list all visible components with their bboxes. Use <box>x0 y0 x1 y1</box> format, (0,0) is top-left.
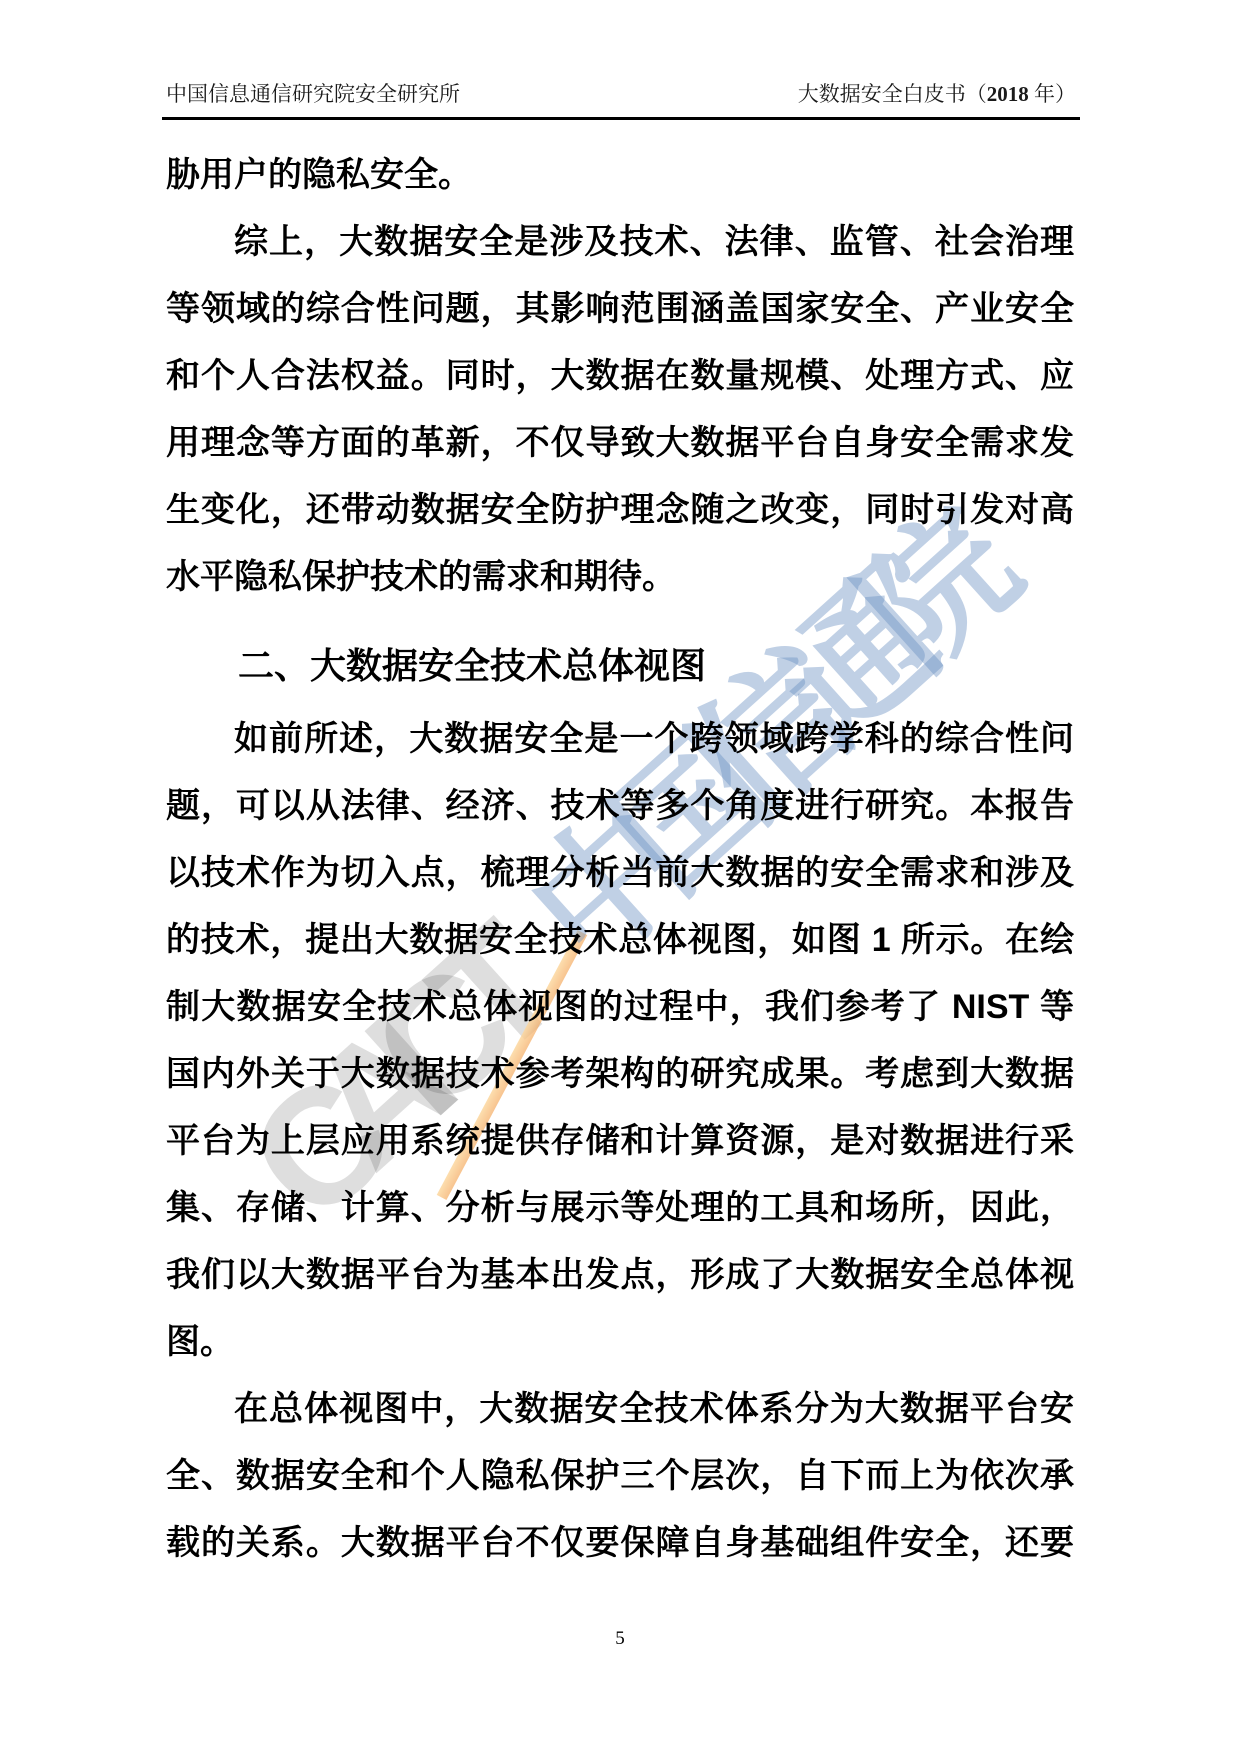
body-text-line: 水平隐私保护技术的需求和期待。 <box>166 544 1074 611</box>
body-text-line: 我们以大数据平台为基本出发点，形成了大数据安全总体视 <box>166 1242 1074 1309</box>
body-text-line: 的技术，提出大数据安全技术总体视图，如图 1 所示。在绘 <box>166 907 1074 974</box>
body-text-line: 在总体视图中，大数据安全技术体系分为大数据平台安 <box>166 1376 1074 1443</box>
body-text-line: 等领域的综合性问题，其影响范围涵盖国家安全、产业安全 <box>166 276 1074 343</box>
body-text-line: 图。 <box>166 1309 1074 1376</box>
body-text-line: 题，可以从法律、经济、技术等多个角度进行研究。本报告 <box>166 773 1074 840</box>
header-institute-name: 中国信息通信研究院安全研究所 <box>166 78 460 108</box>
body-text-line: 平台为上层应用系统提供存储和计算资源，是对数据进行采 <box>166 1108 1074 1175</box>
body-text-line: 以技术作为切入点，梳理分析当前大数据的安全需求和涉及 <box>166 840 1074 907</box>
body-text-line: 生变化，还带动数据安全防护理念随之改变，同时引发对高 <box>166 477 1074 544</box>
page-number: 5 <box>0 1628 1240 1650</box>
header-divider-line <box>162 117 1080 120</box>
body-text-line: 制大数据安全技术总体视图的过程中，我们参考了 NIST 等 <box>166 974 1074 1041</box>
page-header: 中国信息通信研究院安全研究所 大数据安全白皮书（2018 年） <box>166 78 1076 108</box>
body-text-line: 用理念等方面的革新，不仅导致大数据平台自身安全需求发 <box>166 410 1074 477</box>
body-text-line: 和个人合法权益。同时，大数据在数量规模、处理方式、应 <box>166 343 1074 410</box>
header-document-year: 2018 <box>987 82 1029 106</box>
document-page: CAICT 中国信通院 中国信息通信研究院安全研究所 大数据安全白皮书（2018… <box>0 0 1240 1754</box>
document-body: 胁用户的隐私安全。综上，大数据安全是涉及技术、法律、监管、社会治理等领域的综合性… <box>166 142 1074 1577</box>
body-text-line: 载的关系。大数据平台不仅要保障自身基础组件安全，还要 <box>166 1510 1074 1577</box>
body-text-line: 全、数据安全和个人隐私保护三个层次，自下而上为依次承 <box>166 1443 1074 1510</box>
header-document-title: 大数据安全白皮书（2018 年） <box>798 78 1076 108</box>
section-heading: 二、大数据安全技术总体视图 <box>166 631 1074 701</box>
body-text-line: 如前所述，大数据安全是一个跨领域跨学科的综合性问 <box>166 706 1074 773</box>
header-document-title-text: 大数据安全白皮书（ <box>798 82 987 106</box>
page-content: 中国信息通信研究院安全研究所 大数据安全白皮书（2018 年） 胁用户的隐私安全… <box>0 78 1240 1577</box>
body-text-line: 集、存储、计算、分析与展示等处理的工具和场所，因此， <box>166 1175 1074 1242</box>
body-text-line: 胁用户的隐私安全。 <box>166 142 1074 209</box>
body-text-line: 国内外关于大数据技术参考架构的研究成果。考虑到大数据 <box>166 1041 1074 1108</box>
body-text-line: 综上，大数据安全是涉及技术、法律、监管、社会治理 <box>166 209 1074 276</box>
header-document-title-close: 年） <box>1029 82 1076 106</box>
